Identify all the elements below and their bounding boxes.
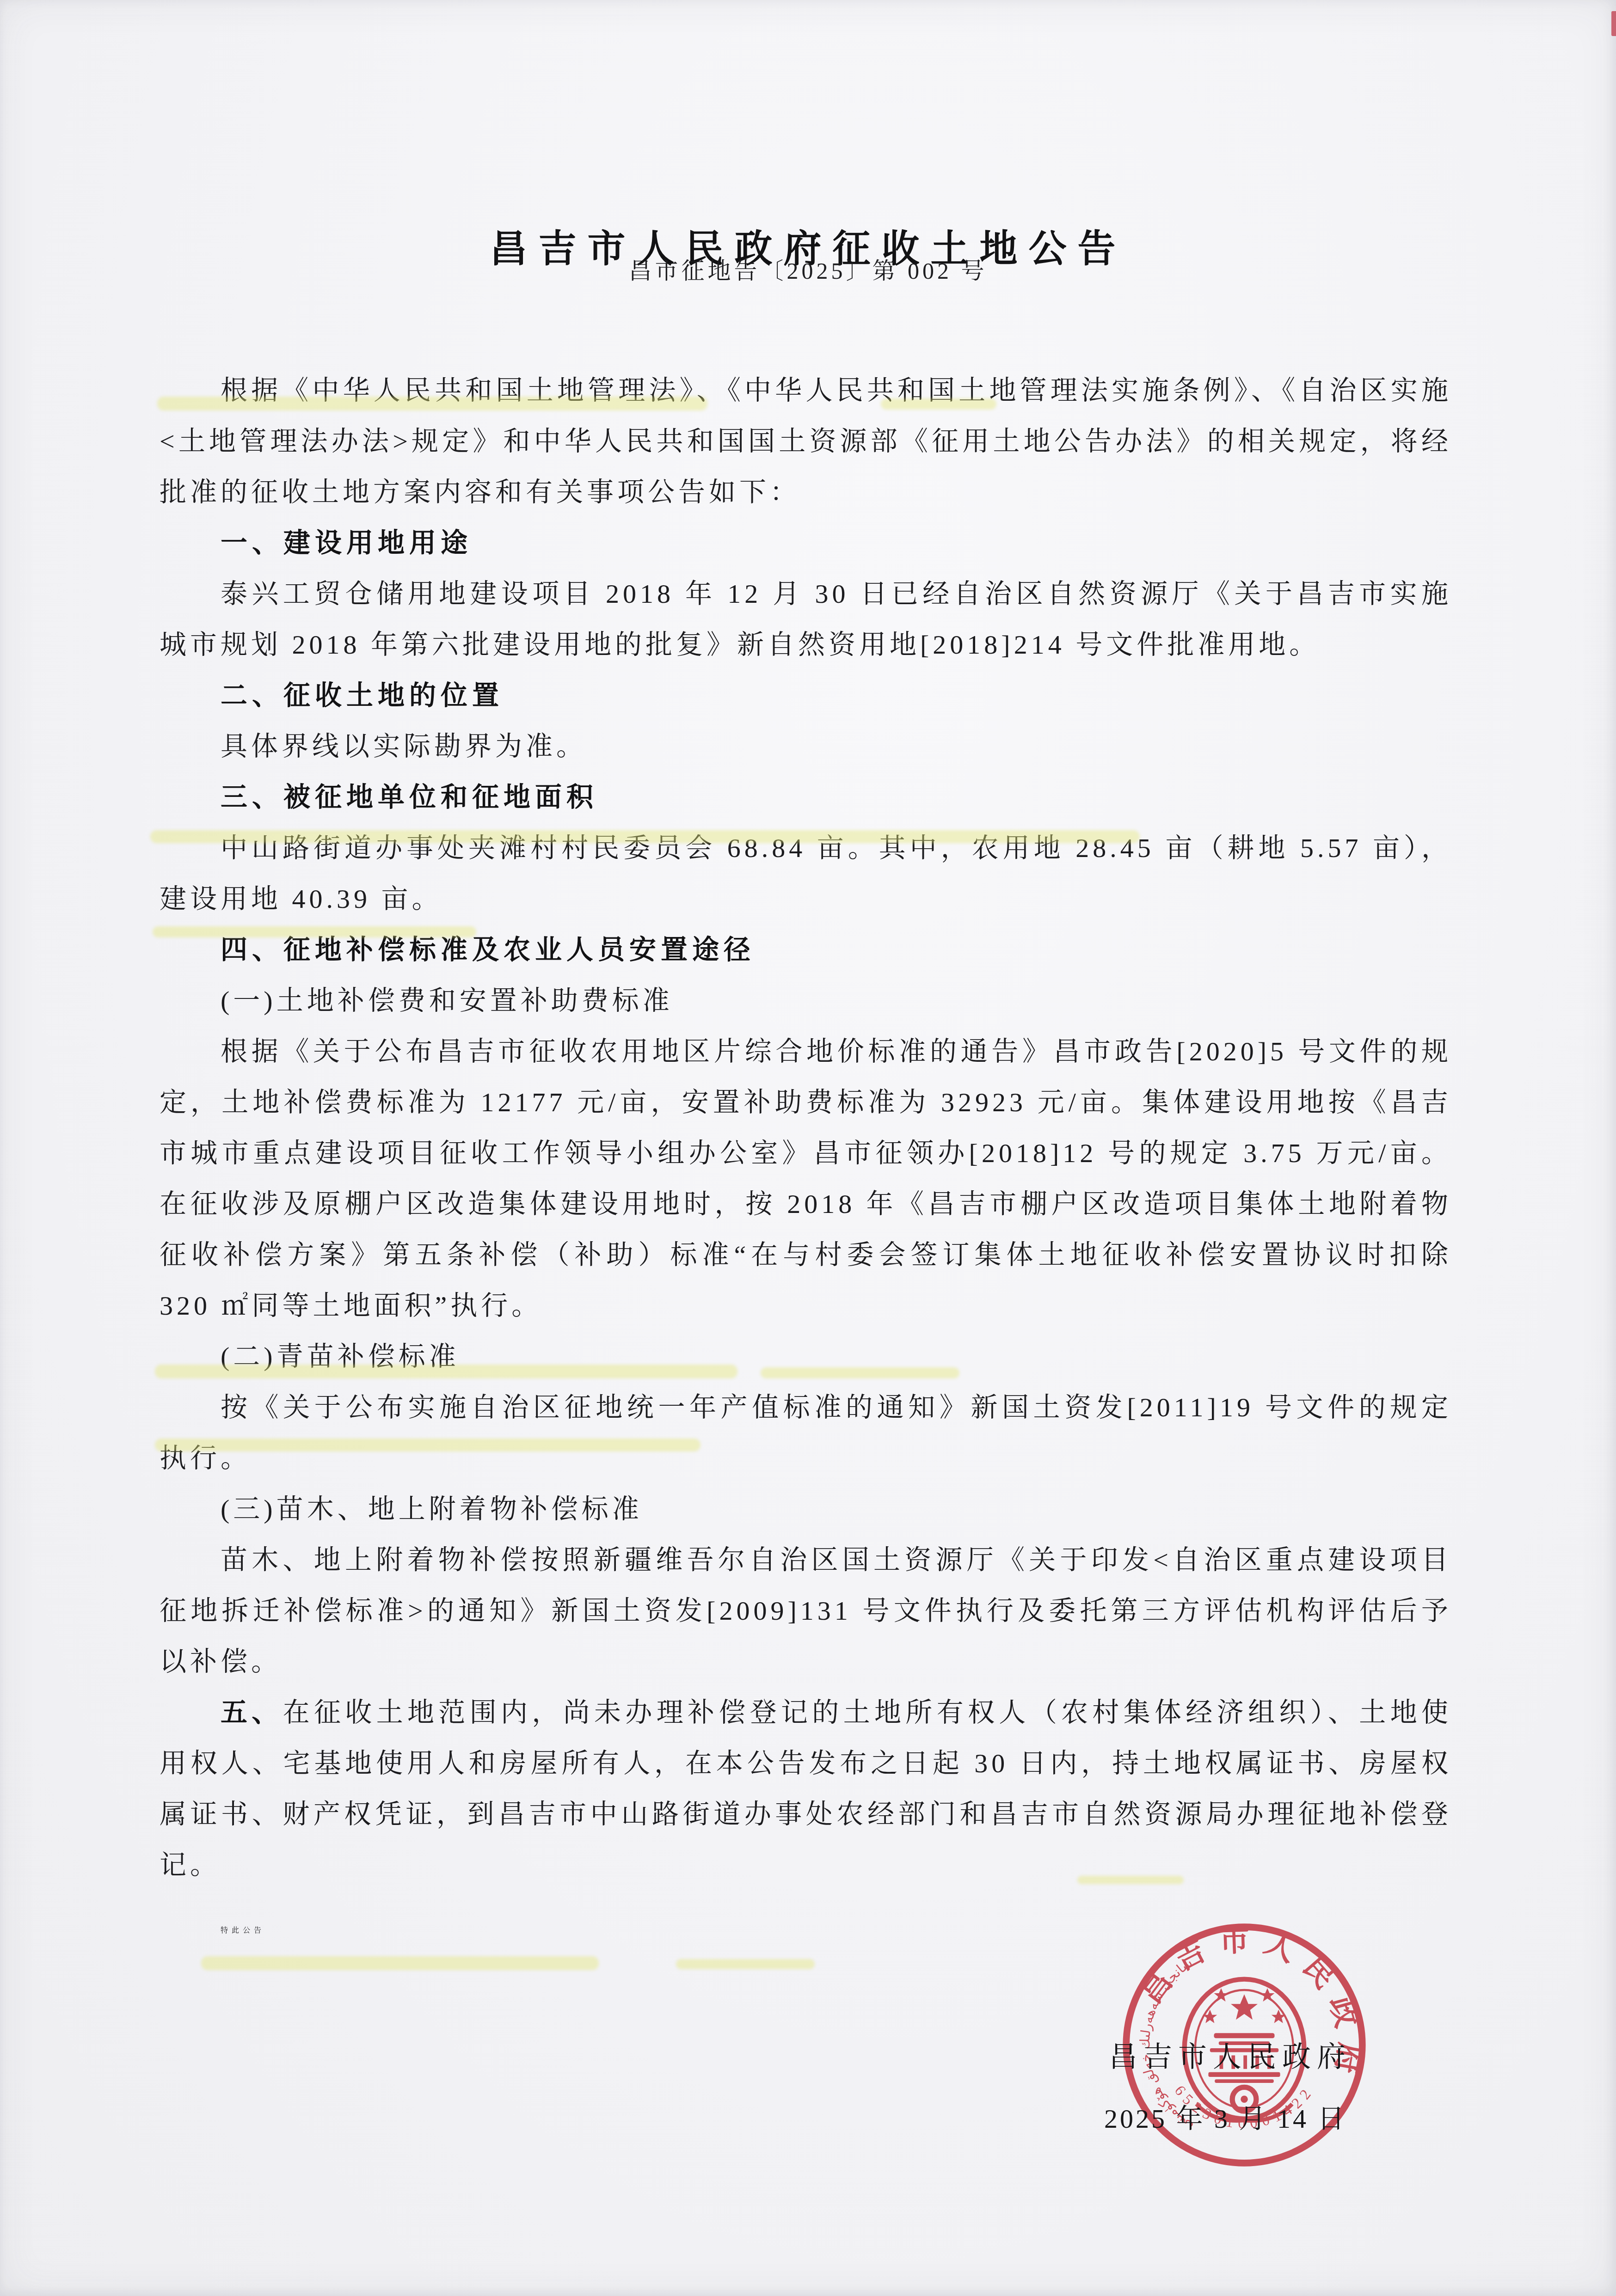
paragraph: 泰兴工贸仓储用地建设项目 2018 年 12 月 30 日已经自治区自然资源厅《… xyxy=(160,569,1452,670)
highlighter-streak xyxy=(157,397,707,410)
section-heading: 一、建设用地用途 xyxy=(160,518,1452,569)
scan-corner-mark xyxy=(1611,11,1616,36)
highlighter-streak xyxy=(761,1367,959,1378)
doc-body: 根据《中华人民共和国土地管理法》、《中华人民共和国土地管理法实施条例》、《自治区… xyxy=(160,365,1452,1891)
section-heading: 三、被征地单位和征地面积 xyxy=(160,772,1452,823)
paragraph: 具体界线以实际勘界为准。 xyxy=(160,721,1452,772)
highlighter-streak xyxy=(155,1365,737,1378)
highlighter-streak xyxy=(153,926,476,937)
highlighter-streak xyxy=(155,1439,700,1451)
doc-number: 昌市征地告〔2025〕第 002 号 xyxy=(0,252,1616,286)
paragraph: 苗木、地上附着物补偿按照新疆维吾尔自治区国土资源厅《关于印发<自治区重点建设项目… xyxy=(160,1535,1452,1687)
highlighter-streak xyxy=(676,1959,815,1969)
paragraph: (三)苗木、地上附着物补偿标准 xyxy=(160,1484,1452,1535)
paragraph: 根据《中华人民共和国土地管理法》、《中华人民共和国土地管理法实施条例》、《自治区… xyxy=(160,365,1452,518)
section-heading: 二、征收土地的位置 xyxy=(160,670,1452,721)
emblem-star-big xyxy=(1231,1994,1258,2020)
highlighter-streak xyxy=(1077,1876,1184,1884)
paragraph: (一)土地补偿费和安置补助费标准 xyxy=(160,975,1452,1026)
signature-org: 昌吉市人民政府 xyxy=(1109,2034,1352,2075)
section-number-lead: 五、 xyxy=(221,1697,283,1727)
paragraph: 按《关于公布实施自治区征地统一年产值标准的通知》新国土资发[2011]19 号文… xyxy=(160,1382,1452,1484)
scanned-announcement-page: 昌吉市人民政府征收土地公告 昌市征地告〔2025〕第 002 号 根据《中华人民… xyxy=(0,0,1616,2296)
paragraph: 五、在征收土地范围内，尚未办理补偿登记的土地所有权人（农村集体经济组织）、土地使… xyxy=(160,1687,1452,1891)
highlighter-streak xyxy=(881,398,996,410)
paragraph: 根据《关于公布昌吉市征收农用地区片综合地价标准的通告》昌市政告[2020]5 号… xyxy=(160,1026,1452,1331)
highlighter-streak xyxy=(150,830,1140,843)
signature-date: 2025 年 3 月 14 日 xyxy=(1104,2097,1347,2136)
highlighter-streak xyxy=(201,1956,599,1970)
